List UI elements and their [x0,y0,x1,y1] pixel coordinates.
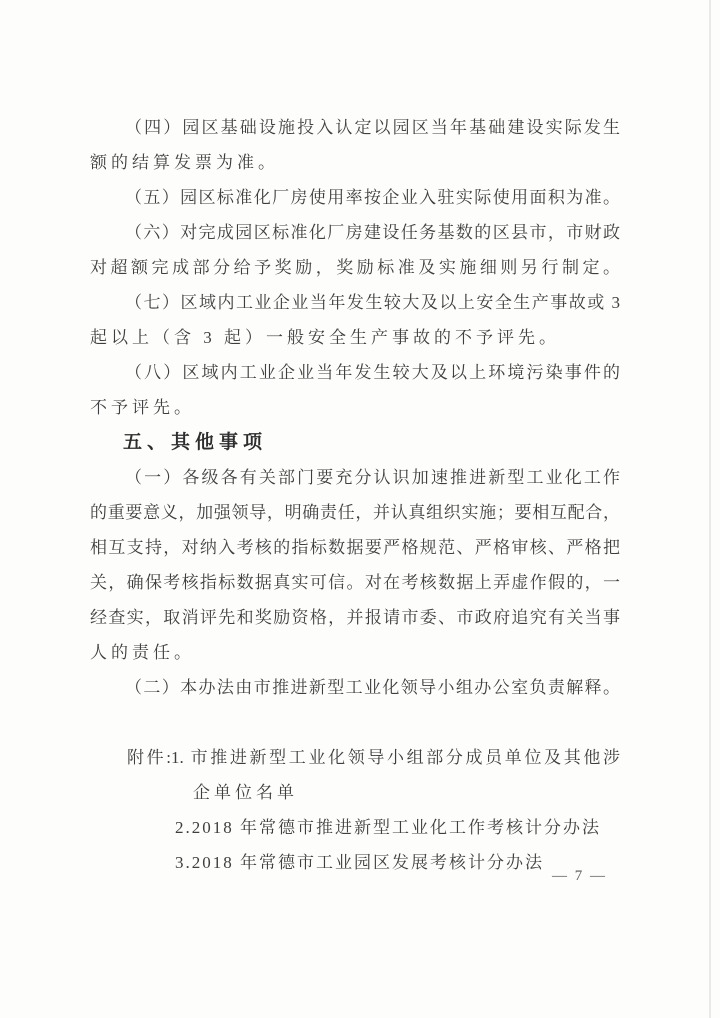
paragraph-line: （六）对完成园区标准化厂房建设任务基数的区县市，市财政 [90,215,620,250]
paragraph-line: 对超额完成部分给予奖励，奖励标准及实施细则另行制定。 [90,250,620,285]
paragraph-line: 不予评先。 [90,390,620,425]
paragraph-line: （四）园区基础设施投入认定以园区当年基础建设实际发生 [90,110,620,145]
attachments-line: 企单位名单 [90,775,620,810]
attachments-line: 3.2018 年常德市工业园区发展考核计分办法 [90,845,620,880]
document-page: （四）园区基础设施投入认定以园区当年基础建设实际发生 额的结算发票为准。 （五）… [0,0,720,1018]
paragraph-line: 额的结算发票为准。 [90,145,620,180]
paragraph-line: 人的责任。 [90,635,620,670]
paragraph-line: （二）本办法由市推进新型工业化领导小组办公室负责解释。 [90,670,620,705]
paragraph-line: 关，确保考核指标数据真实可信。对在考核数据上弄虚作假的，一 [90,565,620,600]
paragraph-line: 的重要意义，加强领导，明确责任，并认真组织实施；要相互配合， [90,495,620,530]
paragraph-line: （一）各级各有关部门要充分认识加速推进新型工业化工作 [90,460,620,495]
paragraph-line: （八）区域内工业企业当年发生较大及以上环境污染事件的 [90,355,620,390]
paragraph-line: （五）园区标准化厂房使用率按企业入驻实际使用面积为准。 [90,180,620,215]
scan-edge-line [709,0,711,1018]
document-body: （四）园区基础设施投入认定以园区当年基础建设实际发生 额的结算发票为准。 （五）… [90,110,620,880]
page-number: — 7 — [552,868,607,885]
paragraph-line: 起以上（含 3 起）一般安全生产事故的不予评先。 [90,320,620,355]
attachments-line: 2.2018 年常德市推进新型工业化工作考核计分办法 [90,810,620,845]
attachments-line: 附件:1. 市推进新型工业化领导小组部分成员单位及其他涉 [90,740,620,775]
section-heading: 五、其他事项 [90,425,620,460]
paragraph-line: 经查实，取消评先和奖励资格，并报请市委、市政府追究有关当事 [90,600,620,635]
paragraph-line: 相互支持，对纳入考核的指标数据要严格规范、严格审核、严格把 [90,530,620,565]
paragraph-line: （七）区域内工业企业当年发生较大及以上安全生产事故或 3 [90,285,620,320]
